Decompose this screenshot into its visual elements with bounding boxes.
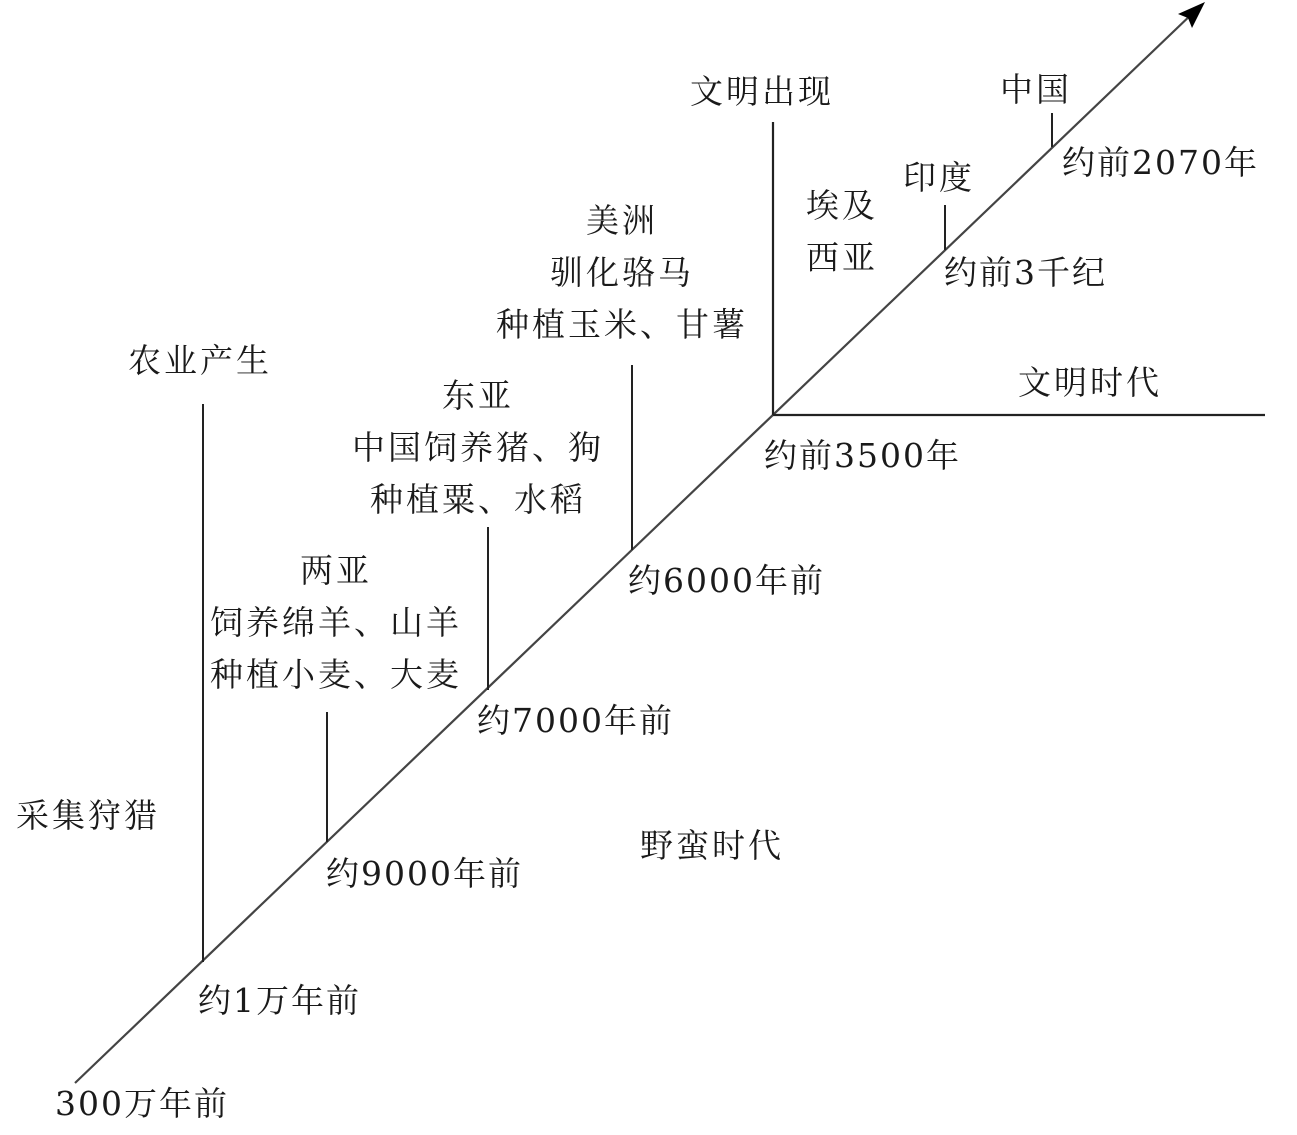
civilization-emerges-label: 文明出现 [690,66,834,118]
egypt-label: 埃及 [806,180,878,232]
west-asia-line-1: 饲养绵羊、山羊 [200,597,472,649]
americas-name: 美洲 [486,195,758,247]
date-9000-years: 约9000年前 [326,848,523,900]
east-asia-line-2: 种植粟、水稻 [343,474,613,526]
west-asia-name: 两亚 [200,545,472,597]
date-6000-years: 约6000年前 [628,555,825,607]
date-7000-years: 约7000年前 [477,695,674,747]
date-3rd-millennium-bc: 约前3千纪 [944,247,1107,299]
timeline-diagram: 采集狩猎 农业产生 文明出现 野蛮时代 文明时代 300万年前 约1万年前 约9… [0,0,1297,1135]
india-label: 印度 [903,152,975,204]
west-asia-block: 两亚 饲养绵羊、山羊 种植小麦、大麦 [200,545,472,701]
date-10000-years: 约1万年前 [198,975,361,1027]
west-asia-civ-label: 西亚 [806,232,878,284]
gathering-hunting-label: 采集狩猎 [16,790,160,842]
americas-line-2: 种植玉米、甘薯 [486,299,758,351]
agriculture-emerges-label: 农业产生 [128,335,272,387]
civilization-era-label: 文明时代 [1018,357,1162,409]
west-asia-line-2: 种植小麦、大麦 [200,649,472,701]
americas-block: 美洲 驯化骆马 种植玉米、甘薯 [486,195,758,351]
date-2070bc: 约前2070年 [1062,137,1259,189]
china-label: 中国 [1000,64,1072,116]
date-3-million-years: 300万年前 [55,1078,229,1130]
east-asia-name: 东亚 [343,370,613,422]
date-3500bc: 约前3500年 [764,430,961,482]
east-asia-line-1: 中国饲养猪、狗 [343,422,613,474]
americas-line-1: 驯化骆马 [486,247,758,299]
barbarian-era-label: 野蛮时代 [640,820,784,872]
east-asia-block: 东亚 中国饲养猪、狗 种植粟、水稻 [343,370,613,526]
egypt-west-asia-block: 埃及 西亚 [806,180,878,284]
